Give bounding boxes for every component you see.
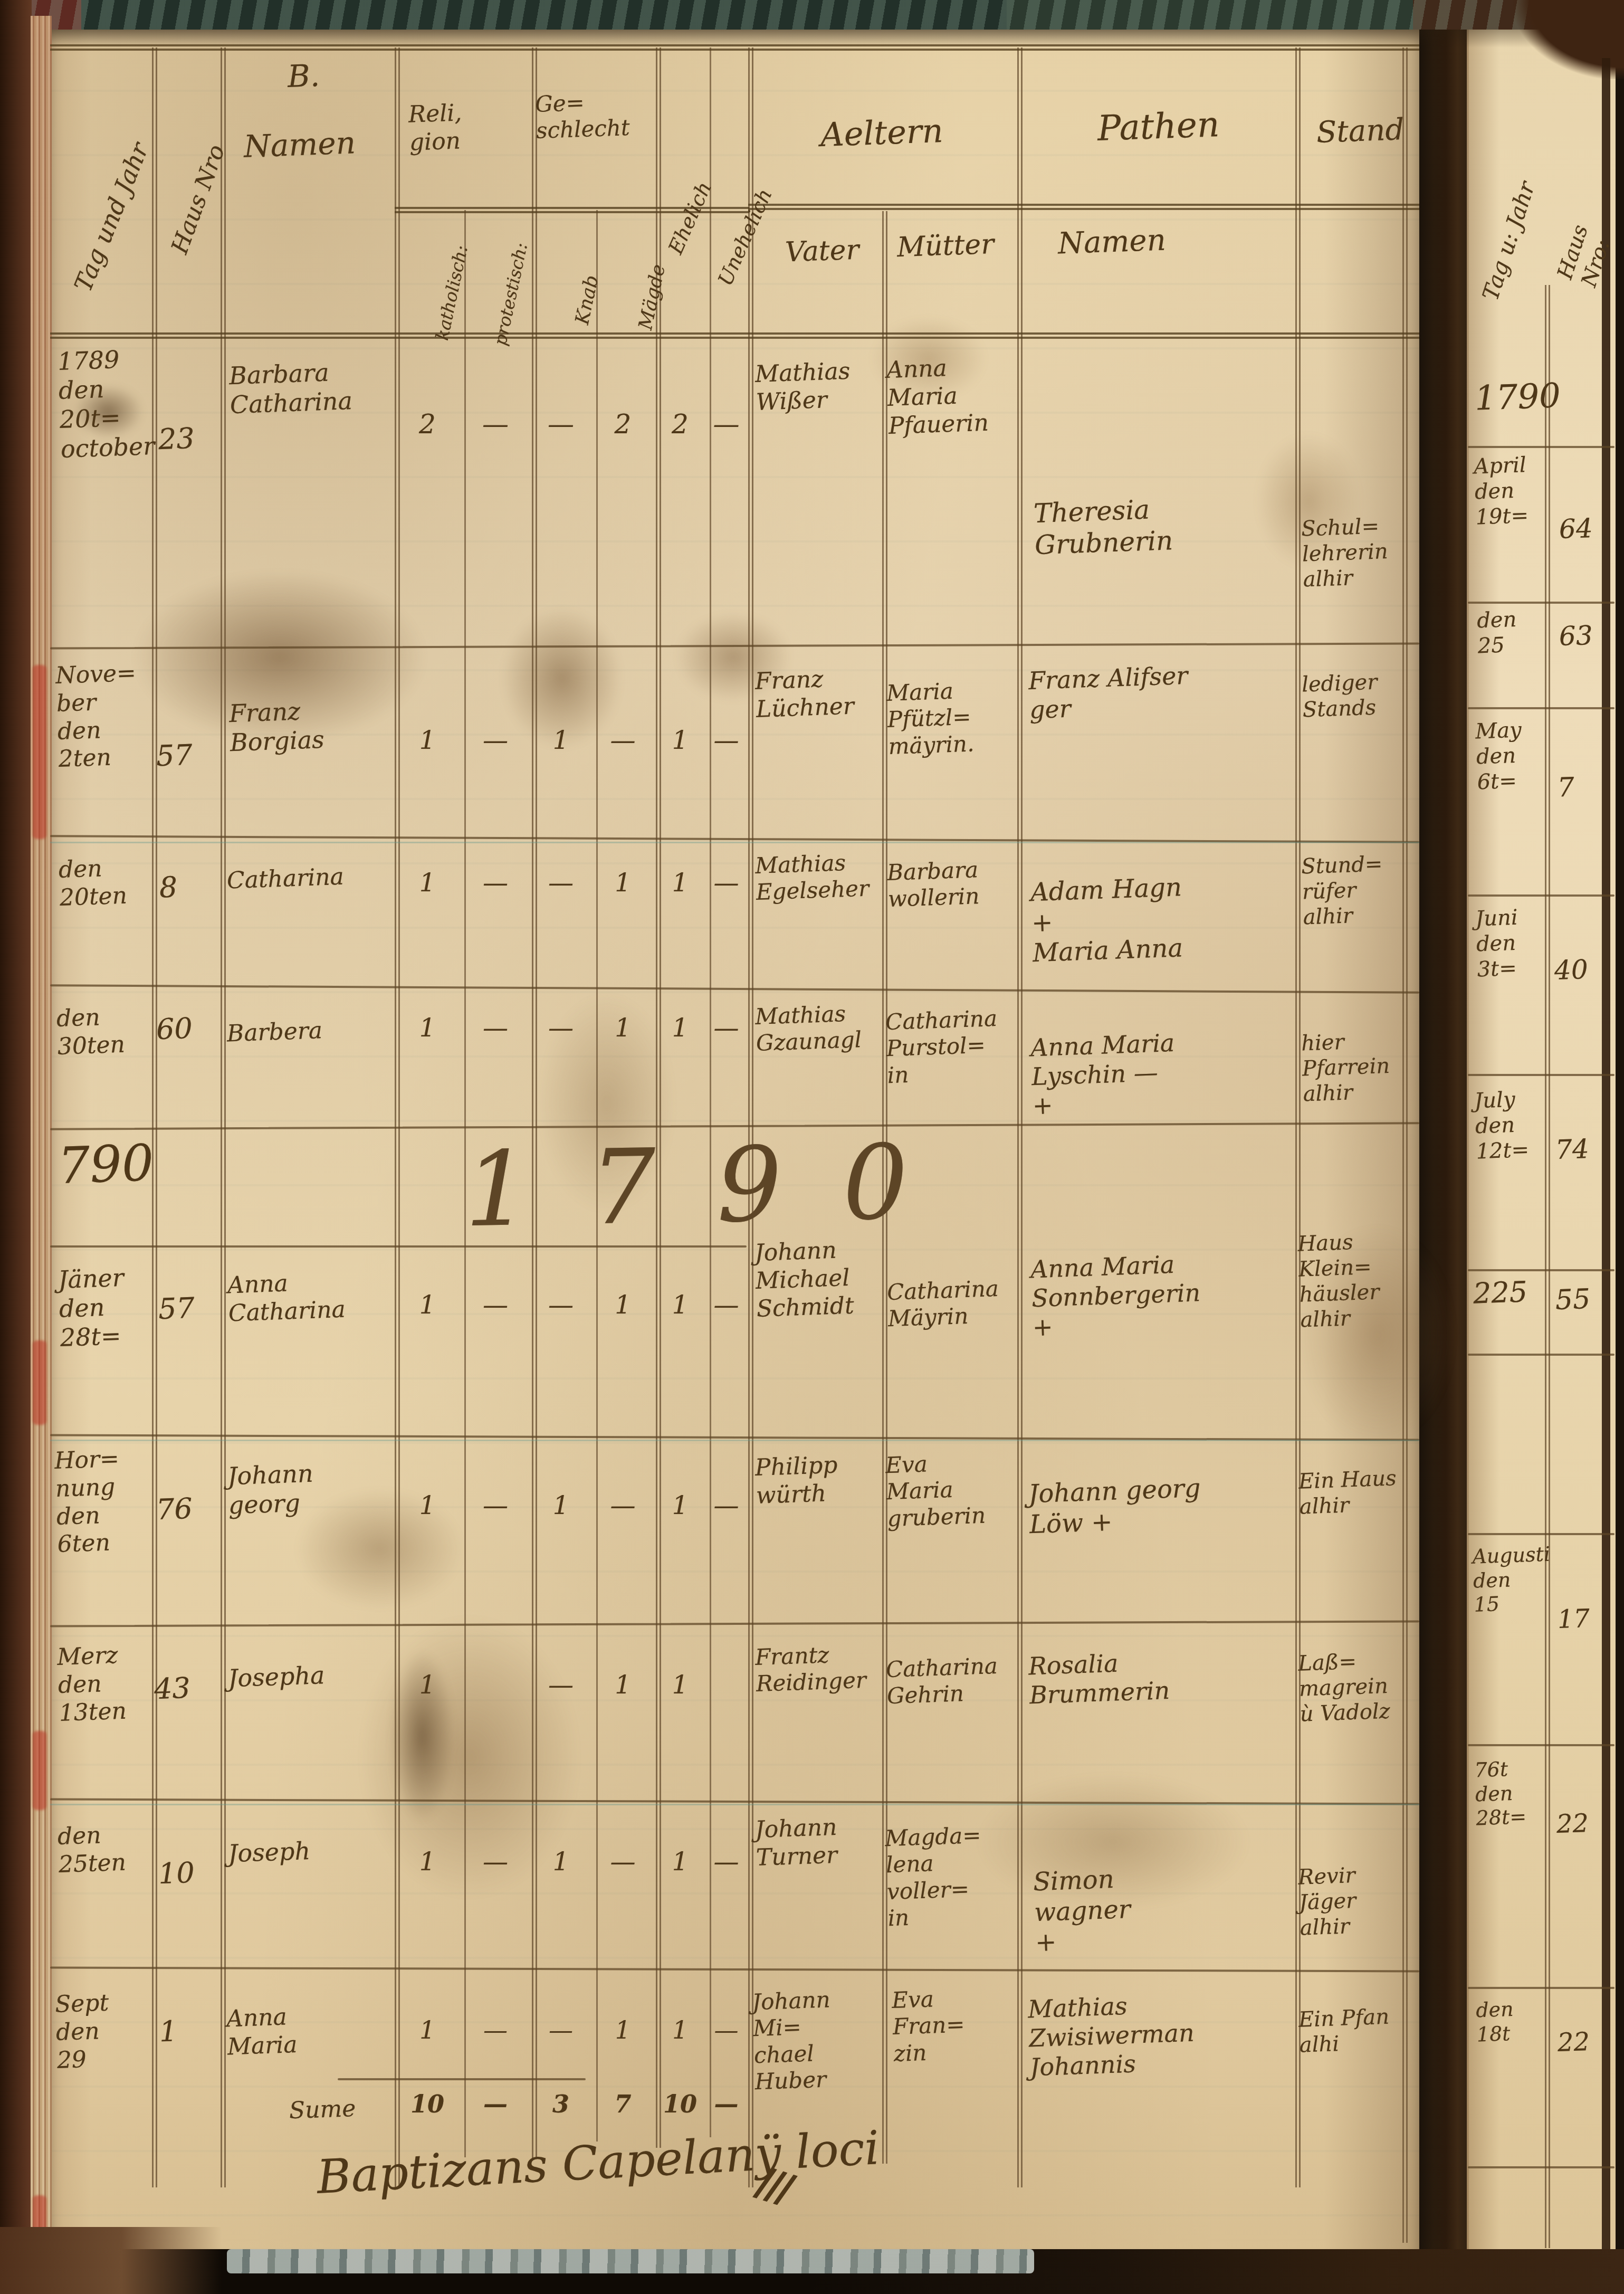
row-child-name: Joseph [227, 1834, 392, 1869]
right-row-house: 74 [1555, 1133, 1590, 1166]
mark-protestisch: — [462, 726, 529, 755]
row-stand: Laß= magrein ù Vadolz [1298, 1647, 1411, 1727]
row-house-number: 60 [156, 1012, 193, 1047]
row-father: Mathias Wißer [754, 357, 875, 416]
row-child-name: Josepha [227, 1659, 392, 1693]
faint-ruling [50, 842, 1419, 843]
row-child-name: Anna Maria [226, 2000, 391, 2061]
row-date: 1789 den 20t= october [57, 344, 154, 464]
mark-unehelich: — [707, 1491, 746, 1520]
right-row-divider [1468, 707, 1615, 709]
right-row-divider [1468, 1533, 1615, 1535]
right-row-house: 22 [1556, 1808, 1589, 1840]
header-vater: Vater [785, 234, 859, 269]
sum-katholisch: 10 [393, 2090, 462, 2118]
mark-maegde: — [593, 1491, 653, 1520]
mark-protestisch: — [462, 1491, 529, 1520]
row-stand: hier Pfarrein alhir [1301, 1027, 1412, 1107]
row-godparents: Simon wagner + [1033, 1859, 1289, 1958]
table-vline [748, 47, 753, 2187]
mark-ehelich: 1 [653, 726, 707, 755]
row-tally-marks: 1—1—1— [393, 1847, 746, 1877]
row-house-number: 10 [158, 1856, 195, 1891]
right-row-date: April den 19t= [1474, 452, 1550, 530]
mark-maegde: 1 [593, 1670, 653, 1700]
right-row-date: den 25 [1476, 606, 1552, 659]
sum-maegde: 7 [593, 2090, 653, 2118]
row-date: den 20ten [58, 853, 152, 912]
sum-unehelich: — [707, 2090, 746, 2118]
mark-maegde: 2 [593, 409, 653, 440]
mark-protestisch: — [462, 1847, 529, 1877]
table-hline [748, 204, 1419, 210]
leather-corner-bottom-left [0, 2227, 222, 2294]
row-godparents: Mathias Zwisiwerman Johannis [1027, 1986, 1288, 2083]
right-row-divider [1468, 1354, 1615, 1356]
row-child-name: Johann georg [227, 1457, 393, 1520]
mark-maegde: 1 [593, 868, 653, 898]
row-house-number: 43 [154, 1671, 191, 1707]
row-mother: Eva Fran= zin [891, 1983, 1015, 2067]
mark-katholisch: 2 [393, 409, 462, 440]
mark-katholisch: 1 [393, 1847, 462, 1877]
row-tally-marks: 1——11— [393, 1290, 746, 1320]
row-date: Merz den 13ten [56, 1641, 151, 1727]
row-father: Frantz Reidinger [754, 1640, 880, 1698]
mark-katholisch: 1 [393, 1670, 462, 1700]
row-stand: Haus Klein= häusler alhir [1297, 1227, 1412, 1332]
right-row-date: 225 [1473, 1275, 1528, 1311]
header-namen: Namen [243, 125, 356, 165]
right-row-divider [1468, 1074, 1615, 1076]
right-row-date: 76t den 28t= [1474, 1756, 1551, 1831]
right-row-date: Augusti den 15 [1472, 1542, 1559, 1617]
sum-knab: 3 [529, 2090, 593, 2118]
header-geschlecht: Ge= schlecht [534, 88, 630, 145]
row-mother: Barbara wollerin [886, 855, 1012, 913]
right-row-date: May den 6t= [1475, 717, 1552, 795]
row-stand: Schul= lehrerin alhir [1301, 512, 1412, 592]
mark-katholisch: 1 [393, 2016, 462, 2044]
table-vline [152, 47, 157, 2187]
row-house-number: 23 [158, 422, 195, 457]
mark-maegde: — [593, 726, 653, 755]
summary-overline [338, 2078, 586, 2080]
mark-unehelich: — [707, 868, 746, 898]
row-date: den 30ten [56, 1002, 150, 1061]
mark-maegde: 1 [593, 2016, 653, 2044]
mark-ehelich: 1 [653, 1290, 707, 1320]
row-house-number: 57 [158, 1291, 195, 1327]
book-spine-left [0, 0, 32, 2294]
row-mother: Eva Maria gruberin [885, 1448, 1014, 1532]
right-row-house: 7 [1557, 771, 1575, 803]
stacked-page-edges [31, 16, 52, 2280]
table-vline [710, 47, 711, 2137]
row-stand: Ein Pfan alhi [1298, 2003, 1410, 2058]
mark-knab: 1 [529, 1847, 593, 1877]
right-year: 1790 [1474, 376, 1561, 419]
mark-ehelich: 1 [653, 2016, 707, 2044]
row-house-number: 1 [159, 2014, 178, 2049]
row-father: Mathias Egelseher [754, 849, 877, 906]
row-tally-marks: 1—1—1— [393, 726, 746, 755]
mark-unehelich: — [707, 2016, 746, 2044]
year-band-left: 790 [57, 1133, 155, 1196]
row-date: Hor= nung den 6ten [54, 1444, 150, 1559]
row-godparents: Theresia Grubnerin [1033, 489, 1283, 561]
row-tally-marks: 1—11 [393, 1670, 746, 1700]
row-mother: Catharina Mäyrin [886, 1275, 1015, 1332]
right-row-divider [1468, 1744, 1615, 1746]
mark-unehelich: — [707, 1013, 746, 1043]
row-godparents: Anna Maria Lyschin — + [1030, 1025, 1286, 1121]
row-house-number: 57 [156, 738, 193, 774]
mark-ehelich: 1 [653, 1491, 707, 1520]
right-page-heavy-vline [1602, 58, 1610, 2294]
row-godparents: Adam Hagn + Maria Anna [1030, 869, 1281, 969]
table-vline [1017, 47, 1023, 2187]
right-row-divider [1468, 2166, 1615, 2168]
row-date: Jäner den 28t= [58, 1262, 153, 1353]
row-child-name: Barbera [226, 1015, 391, 1049]
red-edge-streak [33, 1340, 46, 1425]
mark-ehelich: 1 [653, 1013, 707, 1043]
mark-knab: — [529, 409, 593, 440]
summary-values: 10—3710— [393, 2090, 746, 2118]
register-scan-page: Tag und Jahr Haus Nro B. Namen Reli, gio… [0, 0, 1624, 2294]
right-row-house: 55 [1555, 1283, 1591, 1317]
row-stand: lediger Stands [1301, 668, 1411, 722]
right-row-house: 17 [1557, 1604, 1590, 1635]
row-godparents: Anna Maria Sonnbergerin + [1030, 1246, 1286, 1343]
mark-katholisch: 1 [393, 1290, 462, 1320]
right-row-house: 22 [1557, 2027, 1590, 2059]
right-row-divider [1468, 446, 1615, 448]
header-religion: Reli, gion [408, 99, 463, 157]
row-father: Mathias Gzaunagl [754, 1000, 880, 1057]
faint-ruling [50, 1804, 1419, 1805]
row-father: Johann Turner [754, 1812, 881, 1872]
mark-knab: — [529, 1013, 593, 1043]
mark-knab: — [529, 2016, 593, 2044]
mark-protestisch: — [462, 1290, 529, 1320]
row-child-name: Catharina [226, 862, 391, 896]
mark-maegde: 1 [593, 1290, 653, 1320]
header-aeltern: Aeltern [820, 111, 944, 155]
mark-ehelich: 2 [653, 409, 707, 440]
row-date: Sept den 29 [54, 1988, 149, 2074]
row-tally-marks: 2——22— [393, 409, 746, 440]
header-namen-prefix: B. [287, 58, 320, 96]
mark-maegde: — [593, 1847, 653, 1877]
right-row-divider [1468, 1987, 1615, 1989]
row-date: den 25ten [57, 1820, 151, 1879]
row-father: Johann Michael Schmidt [754, 1235, 878, 1323]
right-row-divider [1468, 1269, 1615, 1271]
mark-unehelich: — [707, 409, 746, 440]
table-vline [221, 47, 226, 2187]
row-tally-marks: 1——11— [393, 2016, 746, 2044]
red-edge-streak [33, 665, 46, 839]
mark-katholisch: 1 [393, 1013, 462, 1043]
row-child-name: Barbara Catharina [228, 356, 389, 420]
book-gutter-shadow [1418, 0, 1469, 2294]
row-date: Nove= ber den 2ten [55, 659, 151, 774]
summary-label: Sume [289, 2095, 356, 2125]
binding-top-band [0, 0, 1624, 30]
mark-knab: 1 [529, 726, 593, 755]
mark-katholisch: 1 [393, 726, 462, 755]
mark-knab: 1 [529, 1491, 593, 1520]
table-hline [50, 332, 1419, 339]
marbled-bottom-edge [227, 2249, 1034, 2273]
mark-katholisch: 1 [393, 868, 462, 898]
row-father: Philipp würth [754, 1450, 878, 1510]
mark-katholisch: 1 [393, 1491, 462, 1520]
mark-knab: — [529, 1290, 593, 1320]
row-stand: Ein Haus alhir [1298, 1465, 1410, 1519]
header-pathen-namen: Namen [1057, 222, 1167, 261]
mark-unehelich: — [707, 726, 746, 755]
row-house-number: 8 [159, 870, 178, 905]
mark-knab: — [529, 1670, 593, 1700]
red-edge-streak [33, 1731, 46, 1810]
mark-ehelich: 1 [653, 1670, 707, 1700]
mark-maegde: 1 [593, 1013, 653, 1043]
sum-protestisch: — [462, 2090, 529, 2118]
row-godparents: Johann georg Löw + [1028, 1471, 1283, 1540]
faint-ruling [50, 1440, 1419, 1441]
right-row-divider [1468, 894, 1615, 897]
row-godparents: Rosalia Brummerin [1028, 1643, 1283, 1710]
right-row-house: 40 [1554, 954, 1589, 986]
mark-protestisch: — [462, 1013, 529, 1043]
right-page-vline [1545, 285, 1550, 2248]
row-house-number: 76 [156, 1492, 193, 1527]
year-band-big: 1790 [463, 1120, 970, 1252]
right-row-date: July den 12t= [1474, 1086, 1551, 1165]
right-row-date: Juni den 3t= [1475, 904, 1552, 983]
right-row-divider [1468, 602, 1615, 604]
mark-protestisch: — [462, 409, 529, 440]
row-mother: Catharina Gehrin [885, 1652, 1014, 1710]
mark-ehelich: 1 [653, 868, 707, 898]
mark-protestisch [462, 1670, 529, 1700]
row-tally-marks: 1——11— [393, 868, 746, 898]
right-row-house: 63 [1559, 620, 1593, 652]
mark-unehelich: — [707, 1290, 746, 1320]
row-mother: Catharina Purstol= in [885, 1005, 1014, 1089]
row-child-name: Franz Borgias [228, 694, 389, 758]
header-pathen: Pathen [1097, 103, 1220, 149]
mark-ehelich: 1 [653, 1847, 707, 1877]
table-vline [532, 47, 537, 2158]
row-tally-marks: 1——11— [393, 1013, 746, 1043]
row-mother: Magda= lena voller= in [885, 1821, 1015, 1932]
header-stand: Stand [1316, 112, 1405, 150]
row-mother: Maria Pfützl= mäyrin. [886, 676, 1012, 760]
mark-protestisch: — [462, 2016, 529, 2044]
mark-protestisch: — [462, 868, 529, 898]
row-father: Franz Lüchner [754, 664, 875, 724]
sum-ehelich: 10 [653, 2090, 707, 2118]
mark-unehelich: — [707, 1847, 746, 1877]
table-hline [50, 44, 1419, 51]
table-vline [656, 47, 661, 2148]
row-stand: Stund= rüfer alhir [1301, 850, 1412, 930]
row-child-name: Anna Catharina [227, 1267, 392, 1328]
row-tally-marks: 1—1—1— [393, 1491, 746, 1520]
row-stand: Revir Jäger alhir [1298, 1861, 1411, 1940]
mark-unehelich [707, 1670, 746, 1700]
row-mother: Anna Maria Pfauerin [886, 353, 1012, 440]
row-godparents: Franz Alifser ger [1028, 658, 1278, 725]
right-row-date: den 18t [1475, 1996, 1551, 2047]
right-row-house: 64 [1559, 512, 1593, 545]
mark-knab: — [529, 868, 593, 898]
row-father: Johann Mi= chael Huber [752, 1985, 887, 2096]
header-muetter: Mütter [896, 228, 995, 264]
